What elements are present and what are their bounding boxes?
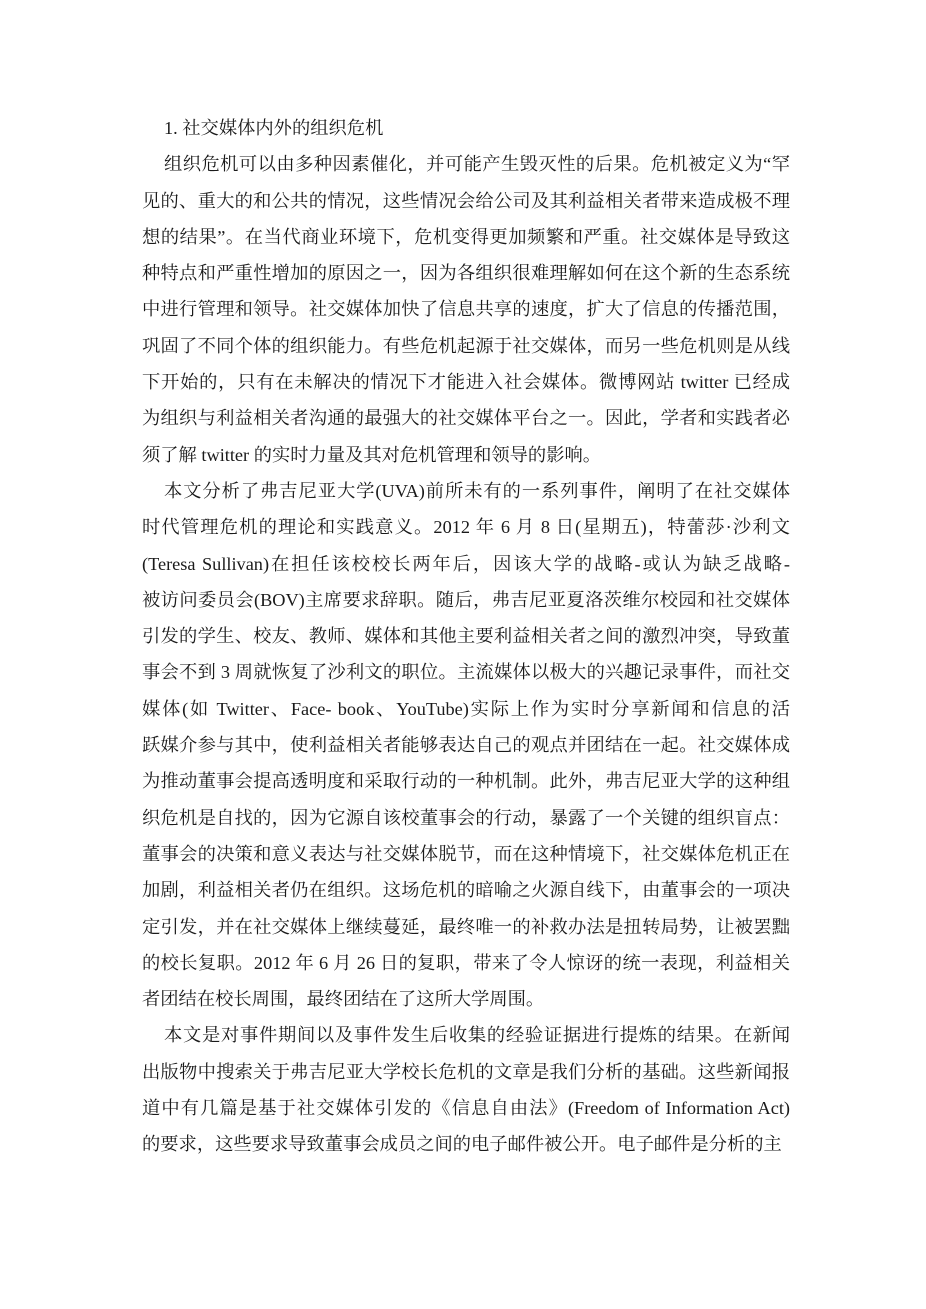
text-line: 下开始的，只有在未解决的情况下才能进入社会媒体。微博网站 twitter 已经成 bbox=[142, 364, 790, 400]
text-line: 媒体(如 Twitter、Face- book、YouTube)实际上作为实时分… bbox=[142, 691, 790, 727]
text-line: 为组织与利益相关者沟通的最强大的社交媒体平台之一。因此，学者和实践者必 bbox=[142, 400, 790, 436]
text-line: 为推动董事会提高透明度和采取行动的一种机制。此外，弗吉尼亚大学的这种组 bbox=[142, 763, 790, 799]
text-line: 时代管理危机的理论和实践意义。2012 年 6 月 8 日(星期五)，特蕾莎·沙… bbox=[142, 509, 790, 545]
text-line: 种特点和严重性增加的原因之一，因为各组织很难理解如何在这个新的生态系统 bbox=[142, 255, 790, 291]
text-line: 本文是对事件期间以及事件发生后收集的经验证据进行提炼的结果。在新闻 bbox=[142, 1017, 790, 1053]
text-line: 须了解 twitter 的实时力量及其对危机管理和领导的影响。 bbox=[142, 437, 790, 473]
text-line: 见的、重大的和公共的情况，这些情况会给公司及其利益相关者带来造成极不理 bbox=[142, 183, 790, 219]
text-line: 中进行管理和领导。社交媒体加快了信息共享的速度，扩大了信息的传播范围， bbox=[142, 291, 790, 327]
text-line: 事会不到 3 周就恢复了沙利文的职位。主流媒体以极大的兴趣记录事件，而社交 bbox=[142, 654, 790, 690]
text-line: 董事会的决策和意义表达与社交媒体脱节，而在这种情境下，社交媒体危机正在 bbox=[142, 836, 790, 872]
text-line: 组织危机可以由多种因素催化，并可能产生毁灭性的后果。危机被定义为“罕 bbox=[142, 146, 790, 182]
paragraphs-container: 组织危机可以由多种因素催化，并可能产生毁灭性的后果。危机被定义为“罕见的、重大的… bbox=[142, 146, 790, 1162]
text-line: 的要求，这些要求导致董事会成员之间的电子邮件被公开。电子邮件是分析的主 bbox=[142, 1126, 790, 1162]
text-line: 被访问委员会(BOV)主席要求辞职。随后，弗吉尼亚夏洛茨维尔校园和社交媒体 bbox=[142, 582, 790, 618]
text-line: 想的结果”。在当代商业环境下，危机变得更加频繁和严重。社交媒体是导致这 bbox=[142, 219, 790, 255]
text-line: 织危机是自找的，因为它源自该校董事会的行动，暴露了一个关键的组织盲点： bbox=[142, 800, 790, 836]
text-line: 巩固了不同个体的组织能力。有些危机起源于社交媒体，而另一些危机则是从线 bbox=[142, 328, 790, 364]
section-heading: 1. 社交媒体内外的组织危机 bbox=[142, 110, 790, 146]
document-body: 1. 社交媒体内外的组织危机 组织危机可以由多种因素催化，并可能产生毁灭性的后果… bbox=[142, 110, 790, 1163]
document-page: 1. 社交媒体内外的组织危机 组织危机可以由多种因素催化，并可能产生毁灭性的后果… bbox=[0, 0, 926, 1309]
text-line: 跃媒介参与其中，使利益相关者能够表达自己的观点并团结在一起。社交媒体成 bbox=[142, 727, 790, 763]
text-line: 定引发，并在社交媒体上继续蔓延，最终唯一的补救办法是扭转局势，让被罢黜 bbox=[142, 909, 790, 945]
text-line: 引发的学生、校友、教师、媒体和其他主要利益相关者之间的激烈冲突，导致董 bbox=[142, 618, 790, 654]
text-line: 出版物中搜索关于弗吉尼亚大学校长危机的文章是我们分析的基础。这些新闻报 bbox=[142, 1054, 790, 1090]
text-line: 者团结在校长周围，最终团结在了这所大学周围。 bbox=[142, 981, 790, 1017]
text-line: 加剧，利益相关者仍在组织。这场危机的暗喻之火源自线下，由董事会的一项决 bbox=[142, 872, 790, 908]
text-line: 本文分析了弗吉尼亚大学(UVA)前所未有的一系列事件，阐明了在社交媒体 bbox=[142, 473, 790, 509]
text-line: 道中有几篇是基于社交媒体引发的《信息自由法》(Freedom of Inform… bbox=[142, 1090, 790, 1126]
text-line: (Teresa Sullivan)在担任该校校长两年后，因该大学的战略-或认为缺… bbox=[142, 546, 790, 582]
text-line: 的校长复职。2012 年 6 月 26 日的复职，带来了令人惊讶的统一表现，利益… bbox=[142, 945, 790, 981]
